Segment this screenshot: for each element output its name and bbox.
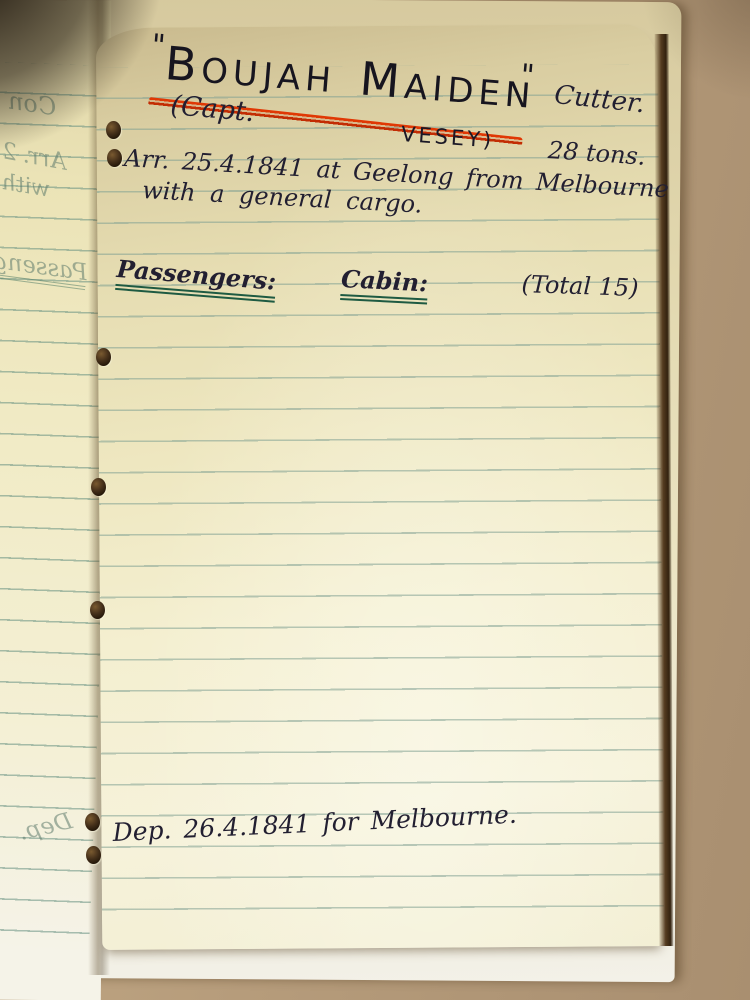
binder-hole [90, 601, 105, 619]
cabin-label: Cabin: [340, 264, 428, 298]
binder-hole [96, 348, 111, 366]
passenger-total: (Total 15) [521, 270, 639, 302]
binder-hole [106, 121, 121, 139]
binder-hole [85, 813, 100, 831]
binder-hole [107, 149, 122, 167]
binder-hole [91, 478, 106, 496]
notebook-photo: Con Arr. 2 with Passeng Dep. " BOUJAHMAI… [0, 0, 750, 1000]
binder-hole [86, 846, 101, 864]
